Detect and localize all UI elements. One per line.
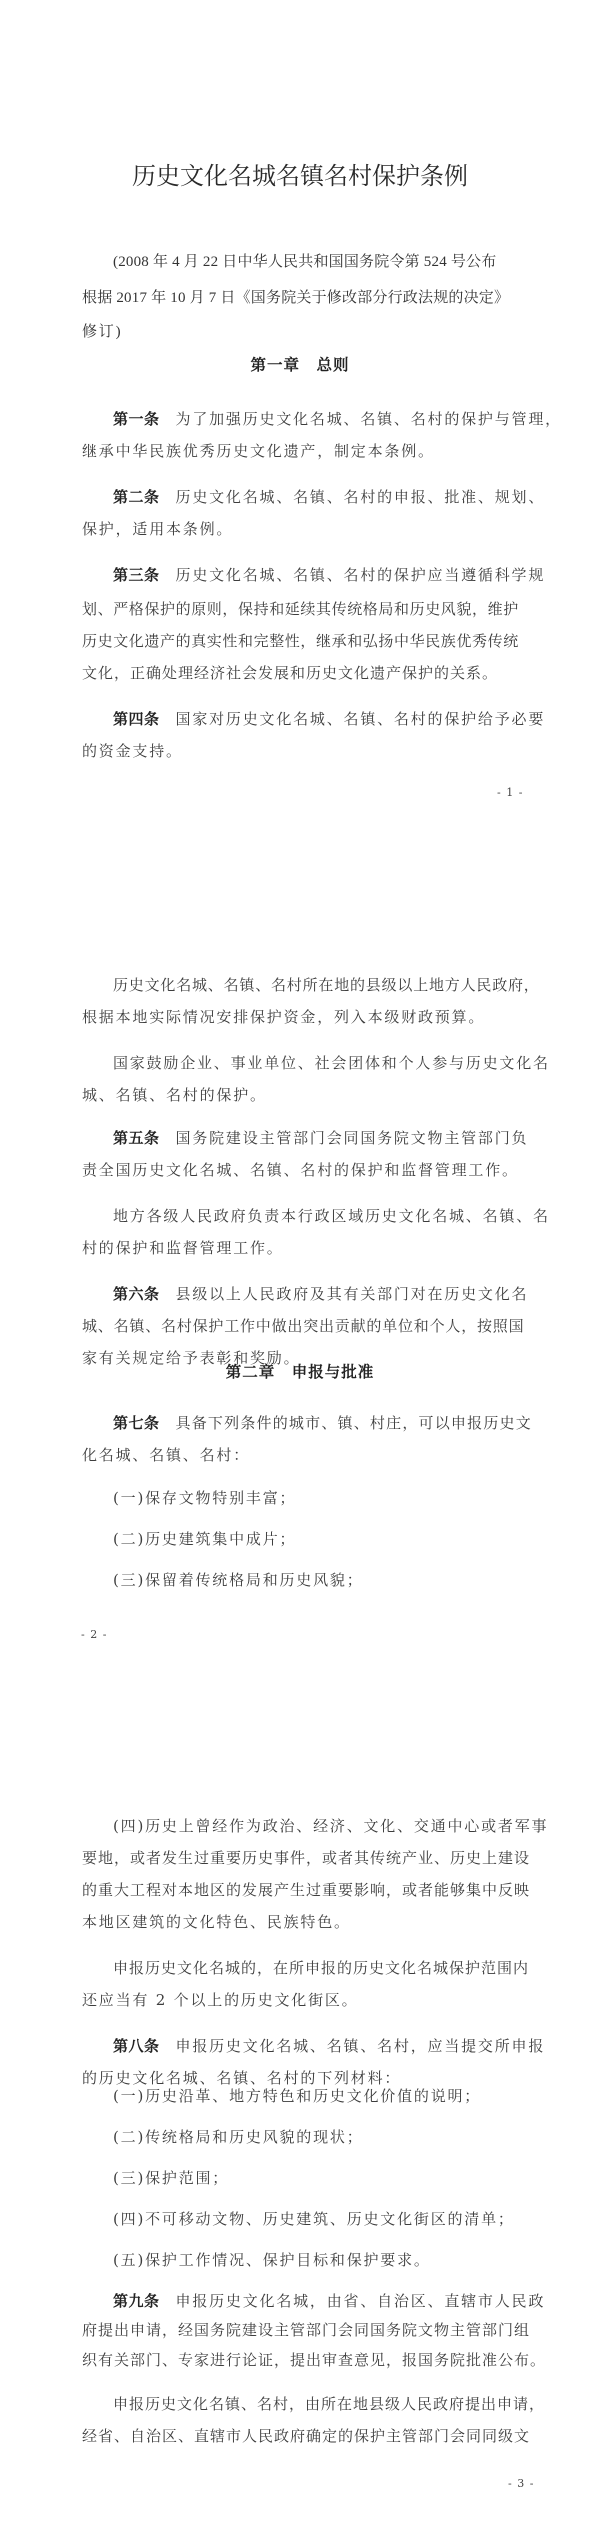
list-item: (二)传统格局和历史风貌的现状； <box>113 2127 528 2147</box>
list-item: (三)保留着传统格局和历史风貌； <box>113 1570 528 1590</box>
subtitle-line-1: (2008 年 4 月 22 日中华人民共和国国务院令第 524 号公布 <box>113 252 528 272</box>
text-line: 划、严格保护的原则，保持和延续其传统格局和历史风貌，维护 <box>82 599 528 619</box>
list-item: (四)历史上曾经作为政治、经济、文化、交通中心或者军事 <box>113 1816 528 1836</box>
text-line: 村的保护和监督管理工作。 <box>82 1238 528 1258</box>
list-item: (一)保存文物特别丰富； <box>113 1488 528 1508</box>
text-line: 的重大工程对本地区的发展产生过重要影响，或者能够集中反映 <box>82 1880 528 1900</box>
article-line: 第七条具备下列条件的城市、镇、村庄，可以申报历史文 <box>113 1413 528 1433</box>
list-item: (二)历史建筑集中成片； <box>113 1529 528 1549</box>
document-title: 历史文化名城名镇名村保护条例 <box>0 156 600 191</box>
article-line: 第九条申报历史文化名城，由省、自治区、直辖市人民政 <box>113 2291 528 2311</box>
article-line: 第二条历史文化名城、名镇、名村的申报、批准、规划、 <box>113 487 528 507</box>
text-line: 本地区建筑的文化特色、民族特色。 <box>82 1912 528 1932</box>
text-line: 继承中华民族优秀历史文化遗产，制定本条例。 <box>82 441 528 461</box>
text-line: 还应当有 2 个以上的历史文化街区。 <box>82 1990 528 2010</box>
text-line: 府提出申请，经国务院建设主管部门会同国务院文物主管部门组 <box>82 2320 528 2340</box>
article-line: 第三条历史文化名城、名镇、名村的保护应当遵循科学规 <box>113 565 528 585</box>
text-line: 国家鼓励企业、事业单位、社会团体和个人参与历史文化名 <box>113 1053 528 1073</box>
article-line: 第六条县级以上人民政府及其有关部门对在历史文化名 <box>113 1284 528 1304</box>
text-line: 织有关部门、专家进行论证，提出审查意见，报国务院批准公布。 <box>82 2350 528 2370</box>
text-line: 历史文化名城、名镇、名村所在地的县级以上地方人民政府， <box>113 975 528 995</box>
article-line: 第五条国务院建设主管部门会同国务院文物主管部门负 <box>113 1128 528 1148</box>
subtitle-line-2: 根据 2017 年 10 月 7 日《国务院关于修改部分行政法规的决定》 <box>82 288 528 308</box>
article-label: 第七条 <box>113 1414 160 1432</box>
chapter-heading-2: 第二章 申报与批准 <box>0 1360 600 1382</box>
text-line: 要地，或者发生过重要历史事件，或者其传统产业、历史上建设 <box>82 1848 528 1868</box>
article-line: 第八条申报历史文化名城、名镇、名村，应当提交所申报 <box>113 2036 528 2056</box>
page-number-2: - 2 - <box>81 1628 107 1641</box>
text-line: 经省、自治区、直辖市人民政府确定的保护主管部门会同同级文 <box>82 2426 528 2446</box>
list-item: (四)不可移动文物、历史建筑、历史文化街区的清单； <box>113 2209 528 2229</box>
text-line: 申报历史文化名镇、名村，由所在地县级人民政府提出申请， <box>113 2394 528 2414</box>
page-number-3: - 3 - <box>508 2477 534 2490</box>
text-line: 根据本地实际情况安排保护资金，列入本级财政预算。 <box>82 1007 528 1027</box>
text-line: 的资金支持。 <box>82 741 528 761</box>
article-line: 第一条为了加强历史文化名城、名镇、名村的保护与管理， <box>113 409 528 429</box>
chapter-heading-1: 第一章 总则 <box>0 353 600 375</box>
text-line: 文化，正确处理经济社会发展和历史文化遗产保护的关系。 <box>82 663 528 683</box>
list-item: (一)历史沿革、地方特色和历史文化价值的说明； <box>113 2086 528 2106</box>
list-item: (五)保护工作情况、保护目标和保护要求。 <box>113 2250 528 2270</box>
article-label: 第三条 <box>113 566 160 584</box>
subtitle-line-3: 修订) <box>82 322 528 342</box>
text-line: 历史文化遗产的真实性和完整性，继承和弘扬中华民族优秀传统 <box>82 631 528 651</box>
text-line: 城、名镇、名村的保护。 <box>82 1085 528 1105</box>
article-label: 第八条 <box>113 2037 160 2055</box>
text-line: 地方各级人民政府负责本行政区域历史文化名城、名镇、名 <box>113 1206 528 1226</box>
text-line: 申报历史文化名城的，在所申报的历史文化名城保护范围内 <box>113 1958 528 1978</box>
article-label: 第五条 <box>113 1129 160 1147</box>
list-item: (三)保护范围； <box>113 2168 528 2188</box>
article-label: 第二条 <box>113 488 160 506</box>
text-line: 保护，适用本条例。 <box>82 519 528 539</box>
text-line: 城、名镇、名村保护工作中做出突出贡献的单位和个人，按照国 <box>82 1316 528 1336</box>
article-label: 第一条 <box>113 410 160 428</box>
text-line: 化名城、名镇、名村： <box>82 1445 528 1465</box>
article-label: 第四条 <box>113 710 160 728</box>
article-line: 第四条国家对历史文化名城、名镇、名村的保护给予必要 <box>113 709 528 729</box>
text-line: 责全国历史文化名城、名镇、名村的保护和监督管理工作。 <box>82 1160 528 1180</box>
article-label: 第九条 <box>113 2292 160 2310</box>
text-line: 的历史文化名城、名镇、名村的下列材料： <box>82 2068 528 2088</box>
article-label: 第六条 <box>113 1285 160 1303</box>
page-number-1: - 1 - <box>497 786 523 799</box>
